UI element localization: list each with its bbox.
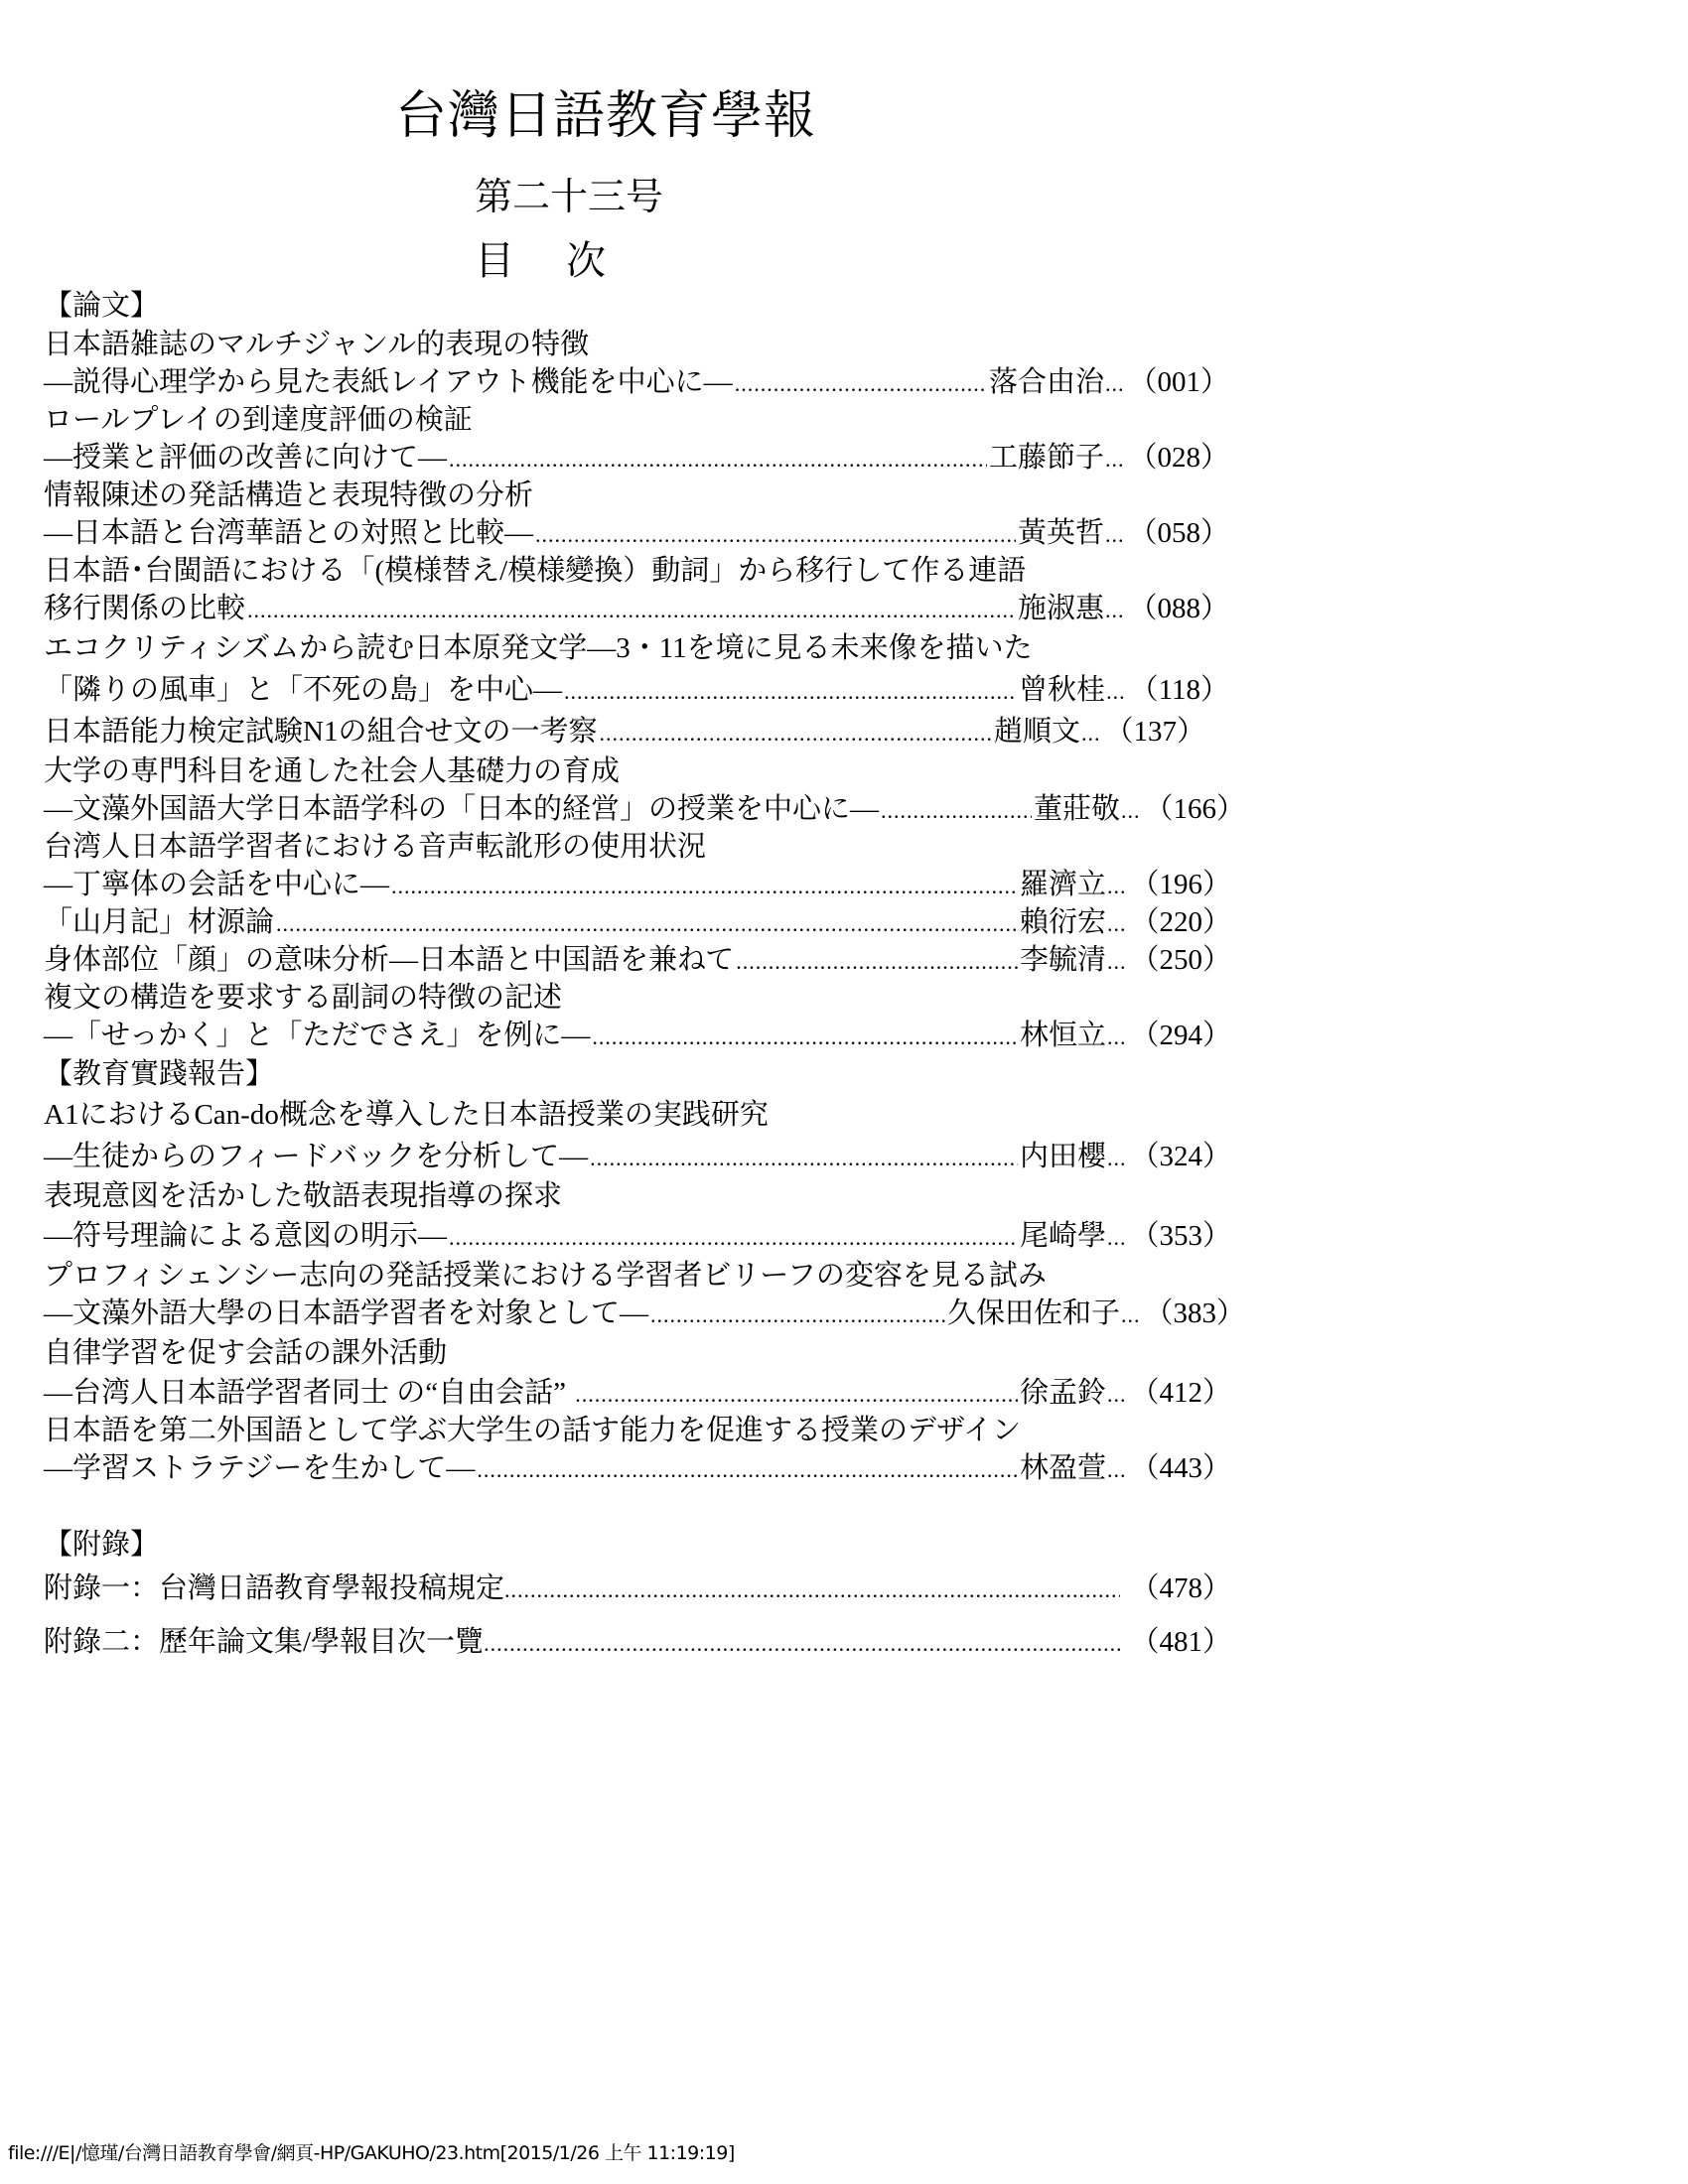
dot-leader [276, 905, 1018, 943]
entry-page: （196） [1130, 866, 1231, 903]
entry-subtitle: ―文藻外国語大学日本語学科の「日本的経営」の授業を中心に― [44, 790, 879, 828]
entry-page: （088） [1128, 590, 1229, 627]
entry-subtitle: ―日本語と台湾華語との対照と比較― [44, 514, 533, 552]
author-ellipsis: ... [1107, 1451, 1127, 1489]
entry-title: 日本語･台閩語における「(模様替え/模様變換）動詞」から移行して作る連語 [44, 552, 1275, 590]
toc-entry-row[interactable]: ―学習ストラテジーを生かして― 林盈萱 ... （443） [44, 1449, 1231, 1487]
entry-page: （443） [1130, 1449, 1231, 1487]
entry-subtitle: 移行関係の比較 [44, 590, 245, 627]
journal-title: 台灣日語教育學報 [395, 91, 816, 143]
toc-heading-second-char: 次 [566, 241, 606, 281]
entry-author: 徐孟鈴 [1020, 1374, 1106, 1412]
entry-page: （220） [1130, 903, 1231, 941]
toc-entry-row[interactable]: 「山月記」材源論 賴衍宏 ... （220） [44, 903, 1231, 941]
entry-subtitle: ―台湾人日本語学習者同士 の“自由会話” [44, 1374, 573, 1412]
appendix-entry-row[interactable]: 附錄二：歷年論文集/學報目次一覽 （481） [44, 1618, 1231, 1666]
entry-author: 工藤節子 [989, 439, 1104, 477]
entry-subtitle: 身体部位「顔」の意味分析―日本語と中国語を兼ねて [44, 941, 734, 979]
dot-leader [391, 868, 1018, 905]
entry-title: 日本語雑誌のマルチジャンル的表現の特徴 [44, 326, 1275, 363]
dot-leader [484, 1620, 1120, 1668]
entry-subtitle: 「山月記」材源論 [44, 903, 274, 941]
toc-entry-row[interactable]: ―「せっかく」と「ただでさえ」を例に― 林恒立 ... （294） [44, 1017, 1231, 1054]
entry-subtitle: ―説得心理学から見た表紙レイアウト機能を中心に― [44, 363, 733, 401]
toc-entry-row[interactable]: ―丁寧体の会話を中心に― 羅濟立 ... （196） [44, 866, 1231, 903]
entry-author: 李毓清 [1020, 941, 1106, 979]
author-ellipsis: ... [1107, 943, 1127, 981]
author-ellipsis: ... [1105, 441, 1125, 478]
appendix-page: （481） [1130, 1618, 1231, 1666]
entry-title: プロフィシェンシー志向の発話授業における学習者ビリーフの変容を見る試み [44, 1257, 1275, 1295]
entry-author: 林盈萱 [1020, 1449, 1106, 1487]
entry-page: （294） [1130, 1017, 1231, 1054]
entry-author: 久保田佐和子 [947, 1295, 1120, 1332]
toc-entry-row[interactable]: ―文藻外語大學の日本語学習者を対象として― 久保田佐和子 ... （383） [44, 1295, 1245, 1332]
entry-page: （028） [1128, 439, 1229, 477]
toc-heading-first-char: 目 [475, 241, 514, 281]
table-of-contents: 【論文】 日本語雑誌のマルチジャンル的表現の特徴 ―説得心理学から見た表紙レイア… [44, 286, 1275, 1666]
entry-page: （324） [1130, 1136, 1231, 1177]
entry-title: 表現意図を活かした敬語表現指導の探求 [44, 1177, 1275, 1215]
toc-entry-row[interactable]: ―台湾人日本語学習者同士 の“自由会話” 徐孟鈴 ... （412） [44, 1374, 1231, 1412]
entry-page: （412） [1130, 1374, 1231, 1412]
appendix-entry-row[interactable]: 附錄一：台灣日語教育學報投稿規定 （478） [44, 1565, 1231, 1612]
section-spacer [44, 1487, 1275, 1525]
entry-title: 複文の構造を要求する副詞の特徴の記述 [44, 979, 1275, 1017]
entry-page: （166） [1144, 790, 1245, 828]
dot-leader [590, 1138, 1018, 1179]
toc-entry-row[interactable]: ―授業と評価の改善に向けて― 工藤節子 ... （028） [44, 439, 1229, 477]
entry-page: （250） [1130, 941, 1231, 979]
entry-subtitle: ―生徒からのフィードバックを分析して― [44, 1136, 588, 1177]
toc-entry-row[interactable]: 日本語能力検定試験N1の組合せ文の一考察 趙順文 ... （137） [44, 711, 1205, 752]
entry-author: 尾崎學 [1020, 1215, 1106, 1257]
dot-leader [599, 713, 992, 754]
footer-file-path: file:///E|/憶瑾/台灣日語教育學會/網頁-HP/GAKUHO/23.h… [8, 2144, 735, 2163]
entry-title: ロールプレイの到達度評価の検証 [44, 401, 1275, 439]
issue-number: 第二十三号 [475, 179, 663, 216]
dot-leader [650, 1297, 945, 1334]
author-ellipsis: ... [1081, 713, 1101, 754]
section-label-papers: 【論文】 [44, 286, 1275, 326]
entry-subtitle: 「隣りの風車」と「不死の島」を中心― [44, 669, 562, 711]
section-label-practice-reports: 【教育實踐報告】 [44, 1054, 1275, 1094]
author-ellipsis: ... [1105, 592, 1125, 629]
toc-entry-row[interactable]: 「隣りの風車」と「不死の島」を中心― 曾秋桂 ... （118） [44, 669, 1229, 711]
dot-leader [247, 592, 1016, 629]
appendix-page: （478） [1130, 1565, 1231, 1612]
author-ellipsis: ... [1121, 1297, 1141, 1334]
entry-page: （137） [1104, 711, 1205, 752]
entry-title: 情報陳述の発話構造と表現特徴の分析 [44, 477, 1275, 514]
entry-subtitle: ―符号理論による意図の明示― [44, 1215, 447, 1257]
entry-page: （001） [1128, 363, 1229, 401]
entry-author: 趙順文 [994, 711, 1080, 752]
author-ellipsis: ... [1121, 792, 1141, 830]
entry-subtitle: ―丁寧体の会話を中心に― [44, 866, 389, 903]
author-ellipsis: ... [1106, 671, 1126, 713]
section-label-appendix: 【附錄】 [44, 1525, 1275, 1565]
dot-leader [449, 1217, 1018, 1259]
entry-page: （383） [1144, 1295, 1245, 1332]
entry-author: 林恒立 [1020, 1017, 1106, 1054]
dot-leader [564, 671, 1017, 713]
entry-author: 曾秋桂 [1019, 669, 1105, 711]
dot-leader [504, 1567, 1120, 1614]
entry-title: A1におけるCan-do概念を導入した日本語授業の実践研究 [44, 1094, 1275, 1136]
dot-leader [575, 1376, 1018, 1414]
entry-author: 羅濟立 [1020, 866, 1106, 903]
author-ellipsis: ... [1107, 905, 1127, 943]
dot-leader [449, 441, 987, 478]
toc-entry-row[interactable]: ―説得心理学から見た表紙レイアウト機能を中心に― 落合由治 ... （001） [44, 363, 1229, 401]
dot-leader [592, 1019, 1018, 1056]
entry-title: 日本語を第二外国語として学ぶ大学生の話す能力を促進する授業のデザイン [44, 1412, 1275, 1449]
entry-author: 落合由治 [989, 363, 1104, 401]
toc-entry-row[interactable]: 身体部位「顔」の意味分析―日本語と中国語を兼ねて 李毓清 ... （250） [44, 941, 1231, 979]
entry-title: 台湾人日本語学習者における音声転訛形の使用状況 [44, 828, 1275, 866]
entry-subtitle: ―授業と評価の改善に向けて― [44, 439, 447, 477]
toc-heading: 目次 [475, 241, 606, 281]
appendix-title: 附錄二：歷年論文集/學報目次一覽 [44, 1618, 484, 1666]
entry-title: 自律学習を促す会話の課外活動 [44, 1332, 1275, 1374]
entry-title: 大学の専門科目を通した社会人基礎力の育成 [44, 752, 1275, 790]
entry-page: （353） [1130, 1215, 1231, 1257]
toc-entry-row[interactable]: ―生徒からのフィードバックを分析して― 内田櫻 ... （324） [44, 1136, 1231, 1177]
dot-leader [736, 943, 1018, 981]
author-ellipsis: ... [1107, 1217, 1127, 1259]
entry-author: 内田櫻 [1020, 1136, 1106, 1177]
entry-page: （118） [1130, 669, 1229, 711]
toc-entry-row[interactable]: ―文藻外国語大学日本語学科の「日本的経営」の授業を中心に― 董莊敬 ... （1… [44, 790, 1245, 828]
author-ellipsis: ... [1105, 516, 1125, 554]
toc-entry-row[interactable]: ―日本語と台湾華語との対照と比較― 黃英哲 ... （058） [44, 514, 1229, 552]
dot-leader [735, 365, 987, 403]
entry-author: 董莊敬 [1034, 790, 1120, 828]
toc-entry-row[interactable]: ―符号理論による意図の明示― 尾崎學 ... （353） [44, 1215, 1231, 1257]
author-ellipsis: ... [1107, 1138, 1127, 1179]
entry-author: 施淑惠 [1018, 590, 1104, 627]
author-ellipsis: ... [1107, 1019, 1127, 1056]
entry-subtitle: ―「せっかく」と「ただでさえ」を例に― [44, 1017, 590, 1054]
dot-leader [477, 1451, 1018, 1489]
dot-leader [881, 792, 1032, 830]
author-ellipsis: ... [1107, 1376, 1127, 1414]
entry-subtitle: 日本語能力検定試験N1の組合せ文の一考察 [44, 711, 597, 752]
entry-subtitle: ―文藻外語大學の日本語学習者を対象として― [44, 1295, 648, 1332]
entry-page: （058） [1128, 514, 1229, 552]
dot-leader [535, 516, 1016, 554]
entry-author: 黃英哲 [1018, 514, 1104, 552]
appendix-title: 附錄一：台灣日語教育學報投稿規定 [44, 1565, 504, 1612]
entry-subtitle: ―学習ストラテジーを生かして― [44, 1449, 475, 1487]
entry-author: 賴衍宏 [1020, 903, 1106, 941]
entry-title: エコクリティシズムから読む日本原発文学―3・11を境に見る未来像を描いた [44, 627, 1275, 669]
author-ellipsis: ... [1107, 868, 1127, 905]
author-ellipsis: ... [1105, 365, 1125, 403]
toc-entry-row[interactable]: 移行関係の比較 施淑惠 ... （088） [44, 590, 1229, 627]
